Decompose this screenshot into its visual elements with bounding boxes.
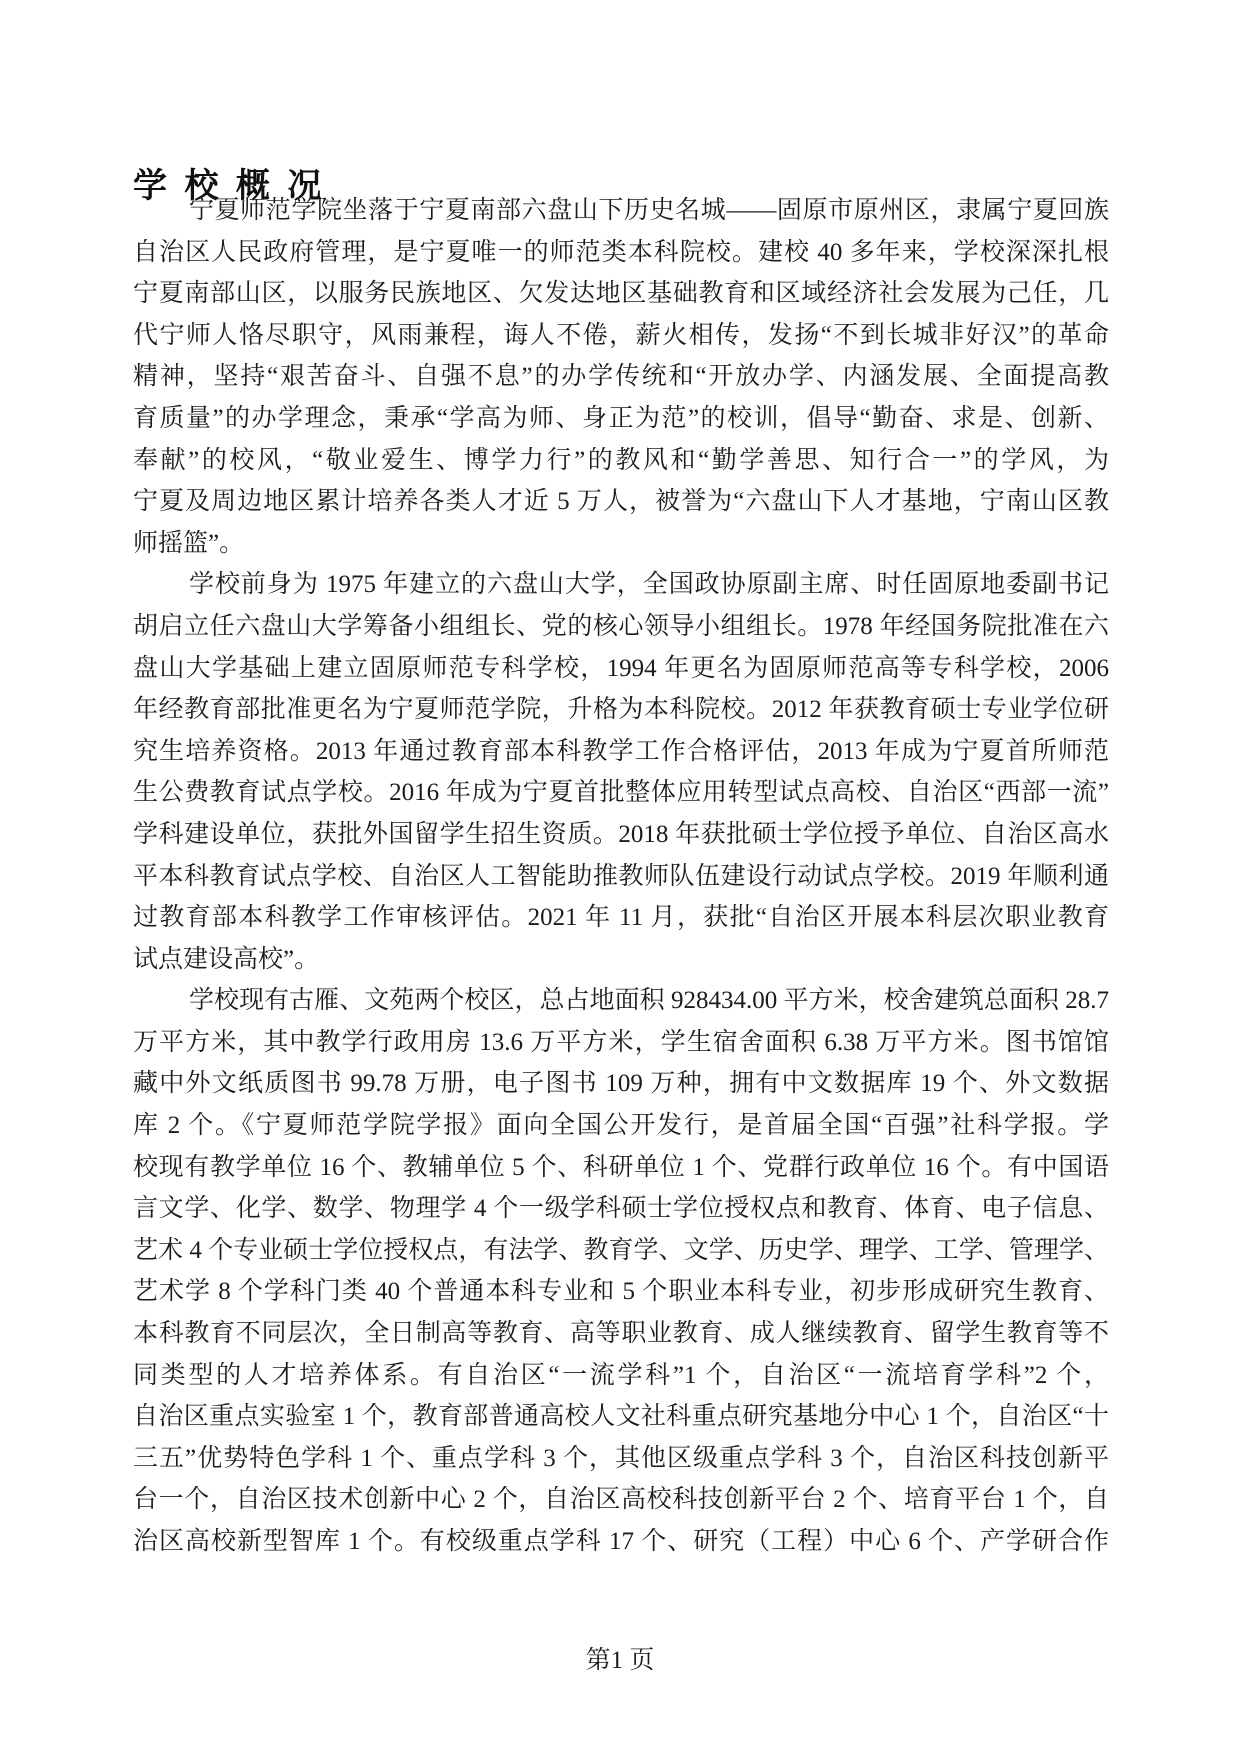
text-line: 师摇篮”。 bbox=[133, 523, 1109, 565]
text-line: 言文学、化学、数学、物理学 4 个一级学科硕士学位授权点和教育、体育、电子信息、 bbox=[133, 1188, 1109, 1230]
text-line: 试点建设高校”。 bbox=[133, 939, 1109, 981]
text-line: 宁夏及周边地区累计培养各类人才近 5 万人，被誉为“六盘山下人才基地，宁南山区教 bbox=[133, 481, 1109, 523]
text-line: 本科教育不同层次，全日制高等教育、高等职业教育、成人继续教育、留学生教育等不 bbox=[133, 1313, 1109, 1355]
text-line: 学校现有古雁、文苑两个校区，总占地面积 928434.00 平方米，校舍建筑总面… bbox=[133, 980, 1109, 1022]
text-line: 年经教育部批准更名为宁夏师范学院，升格为本科院校。2012 年获教育硕士专业学位… bbox=[133, 689, 1109, 731]
text-line: 台一个，自治区技术创新中心 2 个，自治区高校科技创新平台 2 个、培育平台 1… bbox=[133, 1479, 1109, 1521]
text-line: 艺术学 8 个学科门类 40 个普通本科专业和 5 个职业本科专业，初步形成研究… bbox=[133, 1271, 1109, 1313]
text-line: 校现有教学单位 16 个、教辅单位 5 个、科研单位 1 个、党群行政单位 16… bbox=[133, 1147, 1109, 1189]
text-line: 学校前身为 1975 年建立的六盘山大学，全国政协原副主席、时任固原地委副书记 bbox=[133, 564, 1109, 606]
text-line: 库 2 个。《宁夏师范学院学报》面向全国公开发行，是首届全国“百强”社科学报。学 bbox=[133, 1105, 1109, 1147]
page-footer: 第1 页 bbox=[0, 1645, 1240, 1677]
text-line: 宁夏南部山区，以服务民族地区、欠发达地区基础教育和区域经济社会发展为己任，几 bbox=[133, 273, 1109, 315]
text-line: 三五”优势特色学科 1 个、重点学科 3 个，其他区级重点学科 3 个，自治区科… bbox=[133, 1438, 1109, 1480]
text-line: 艺术 4 个专业硕士学位授权点，有法学、教育学、文学、历史学、理学、工学、管理学… bbox=[133, 1230, 1109, 1272]
paragraph-1: 宁夏师范学院坐落于宁夏南部六盘山下历史名城——固原市原州区，隶属宁夏回族自治区人… bbox=[133, 190, 1109, 564]
text-line: 生公费教育试点学校。2016 年成为宁夏首批整体应用转型试点高校、自治区“西部一… bbox=[133, 772, 1109, 814]
text-line: 自治区重点实验室 1 个，教育部普通高校人文社科重点研究基地分中心 1 个，自治… bbox=[133, 1396, 1109, 1438]
text-line: 藏中外文纸质图书 99.78 万册，电子图书 109 万种，拥有中文数据库 19… bbox=[133, 1063, 1109, 1105]
paragraph-3: 学校现有古雁、文苑两个校区，总占地面积 928434.00 平方米，校舍建筑总面… bbox=[133, 980, 1109, 1562]
text-line: 究生培养资格。2013 年通过教育部本科教学工作合格评估，2013 年成为宁夏首… bbox=[133, 731, 1109, 773]
text-line: 育质量”的办学理念，秉承“学高为师、身正为范”的校训，倡导“勤奋、求是、创新、 bbox=[133, 398, 1109, 440]
text-line: 盘山大学基础上建立固原师范专科学校，1994 年更名为固原师范高等专科学校，20… bbox=[133, 648, 1109, 690]
page-number: 第1 页 bbox=[586, 1647, 655, 1674]
document-page: 学 校 概 况 宁夏师范学院坐落于宁夏南部六盘山下历史名城——固原市原州区，隶属… bbox=[0, 0, 1240, 1754]
text-line: 同类型的人才培养体系。有自治区“一流学科”1 个，自治区“一流培育学科”2 个， bbox=[133, 1355, 1109, 1397]
text-line: 奉献”的校风，“敬业爱生、博学力行”的教风和“勤学善思、知行合一”的学风，为 bbox=[133, 440, 1109, 482]
text-line: 代宁师人恪尽职守，风雨兼程，诲人不倦，薪火相传，发扬“不到长城非好汉”的革命 bbox=[133, 315, 1109, 357]
text-line: 平本科教育试点学校、自治区人工智能助推教师队伍建设行动试点学校。2019 年顺利… bbox=[133, 856, 1109, 898]
text-line: 过教育部本科教学工作审核评估。2021 年 11 月，获批“自治区开展本科层次职… bbox=[133, 897, 1109, 939]
document-body: 宁夏师范学院坐落于宁夏南部六盘山下历史名城——固原市原州区，隶属宁夏回族自治区人… bbox=[133, 190, 1109, 1563]
text-line: 宁夏师范学院坐落于宁夏南部六盘山下历史名城——固原市原州区，隶属宁夏回族 bbox=[133, 190, 1109, 232]
text-line: 学科建设单位，获批外国留学生招生资质。2018 年获批硕士学位授予单位、自治区高… bbox=[133, 814, 1109, 856]
text-line: 胡启立任六盘山大学筹备小组组长、党的核心领导小组组长。1978 年经国务院批准在… bbox=[133, 606, 1109, 648]
paragraph-2: 学校前身为 1975 年建立的六盘山大学，全国政协原副主席、时任固原地委副书记胡… bbox=[133, 564, 1109, 980]
text-line: 治区高校新型智库 1 个。有校级重点学科 17 个、研究（工程）中心 6 个、产… bbox=[133, 1521, 1109, 1563]
text-line: 自治区人民政府管理，是宁夏唯一的师范类本科院校。建校 40 多年来，学校深深扎根 bbox=[133, 232, 1109, 274]
text-line: 万平方米，其中教学行政用房 13.6 万平方米，学生宿舍面积 6.38 万平方米… bbox=[133, 1022, 1109, 1064]
text-line: 精神，坚持“艰苦奋斗、自强不息”的办学传统和“开放办学、内涵发展、全面提高教 bbox=[133, 356, 1109, 398]
